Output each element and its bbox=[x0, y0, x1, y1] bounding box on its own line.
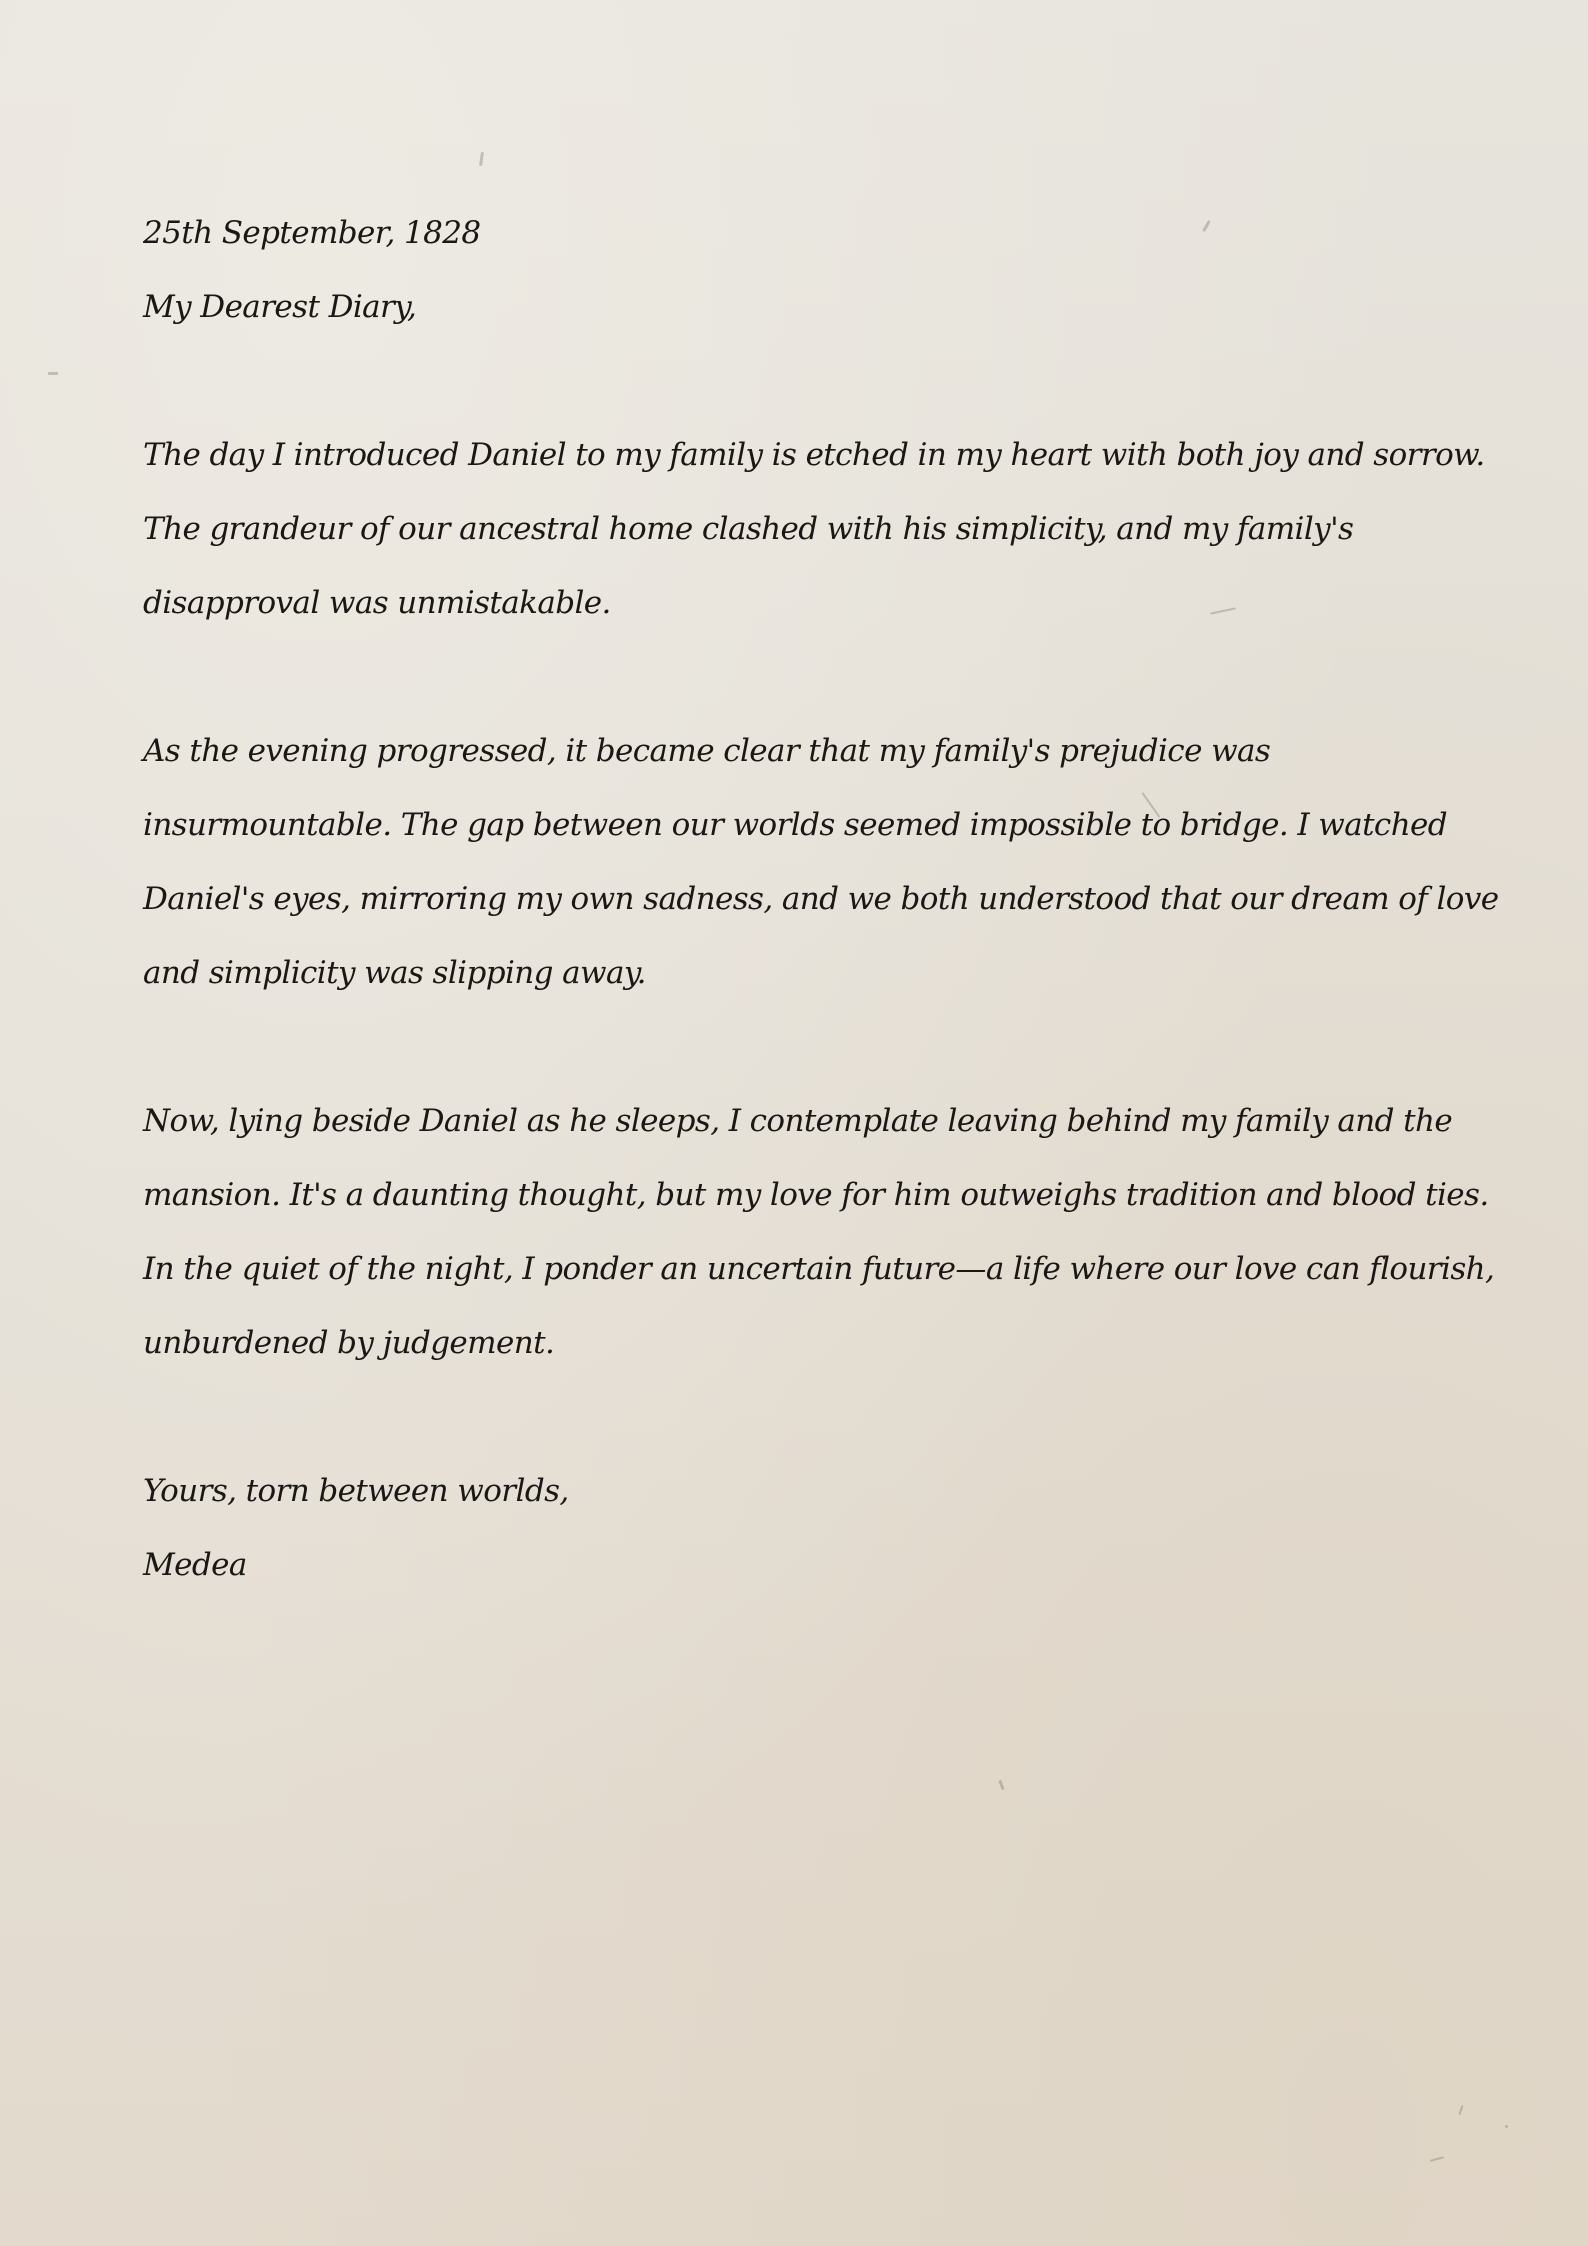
salutation: My Dearest Diary, bbox=[143, 270, 1503, 344]
paragraph-evening: As the evening progressed, it became cle… bbox=[143, 714, 1503, 1010]
closing: Yours, torn between worlds, bbox=[143, 1454, 1503, 1528]
paper-speck bbox=[479, 152, 484, 166]
spacer bbox=[143, 1380, 1503, 1454]
diary-entry: 25th September, 1828 My Dearest Diary, T… bbox=[143, 196, 1503, 1602]
paper-speck bbox=[48, 372, 58, 375]
paper-speck bbox=[1458, 2105, 1463, 2115]
paper-speck bbox=[998, 1780, 1004, 1790]
spacer bbox=[143, 1010, 1503, 1084]
paper-speck bbox=[1430, 2156, 1444, 2162]
paper-speck bbox=[1505, 2125, 1508, 2128]
signature: Medea bbox=[143, 1528, 1503, 1602]
spacer bbox=[143, 640, 1503, 714]
spacer bbox=[143, 344, 1503, 418]
paragraph-introduction: The day I introduced Daniel to my family… bbox=[143, 418, 1503, 640]
paragraph-contemplation: Now, lying beside Daniel as he sleeps, I… bbox=[143, 1084, 1503, 1380]
entry-date: 25th September, 1828 bbox=[143, 196, 1503, 270]
